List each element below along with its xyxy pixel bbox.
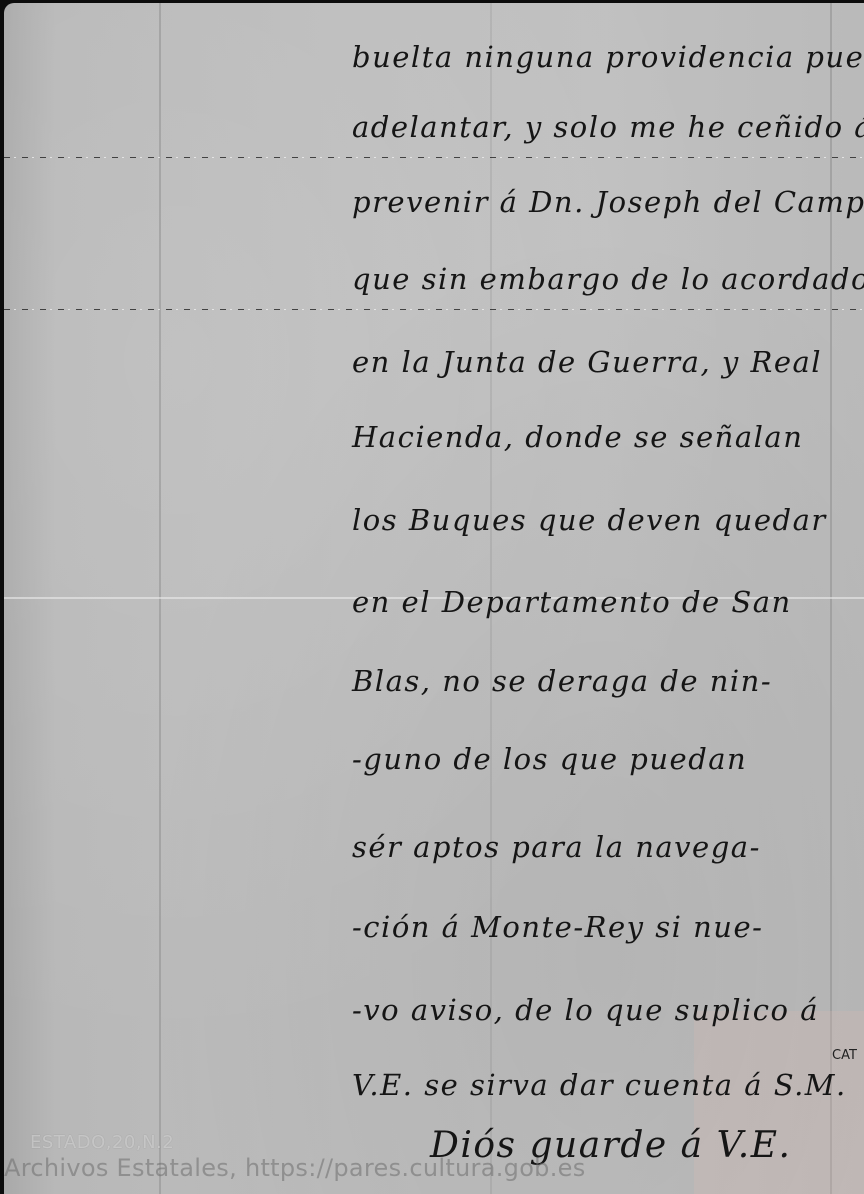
manuscript-line: en el Departamento de San xyxy=(352,585,792,619)
archive-stamp xyxy=(694,1011,864,1194)
manuscript-line: prevenir á Dn. Joseph del Campo xyxy=(352,185,864,219)
manuscript-line: bueltа ninguna providencia puedo xyxy=(352,40,864,74)
manuscript-line: -vo aviso, de lo que suplico á xyxy=(352,993,819,1027)
bleed-through-text xyxy=(14,258,20,278)
manuscript-line: en la Junta de Guerra, y Real xyxy=(352,345,822,379)
manuscript-line: sér aptos para la navega- xyxy=(352,830,761,864)
margin-mark: CAT xyxy=(832,1048,857,1063)
manuscript-line: Hacienda, donde se señalan xyxy=(352,420,803,454)
manuscript-line: que sin embargo de lo acordado xyxy=(352,262,864,296)
manuscript-line: V.E. se sirva dar cuenta á S.M. xyxy=(352,1068,847,1102)
manuscript-line: -ción á Monte-Rey si nue- xyxy=(352,910,763,944)
manuscript-line: adelantar, y solo me he ceñido á xyxy=(352,110,864,144)
manuscript-line: los Buques que deven quedar xyxy=(352,503,827,537)
scan-artifact-line xyxy=(4,309,864,310)
archive-reference-watermark: ESTADO,20,N.2 xyxy=(30,1132,174,1153)
manuscript-line: Blas, no se deraga de nin- xyxy=(352,664,772,698)
scan-artifact-line xyxy=(4,157,864,158)
manuscript-line: -guno de los que puedan xyxy=(352,742,747,776)
archive-source-watermark: Archivos Estatales, https://pares.cultur… xyxy=(4,1154,586,1182)
